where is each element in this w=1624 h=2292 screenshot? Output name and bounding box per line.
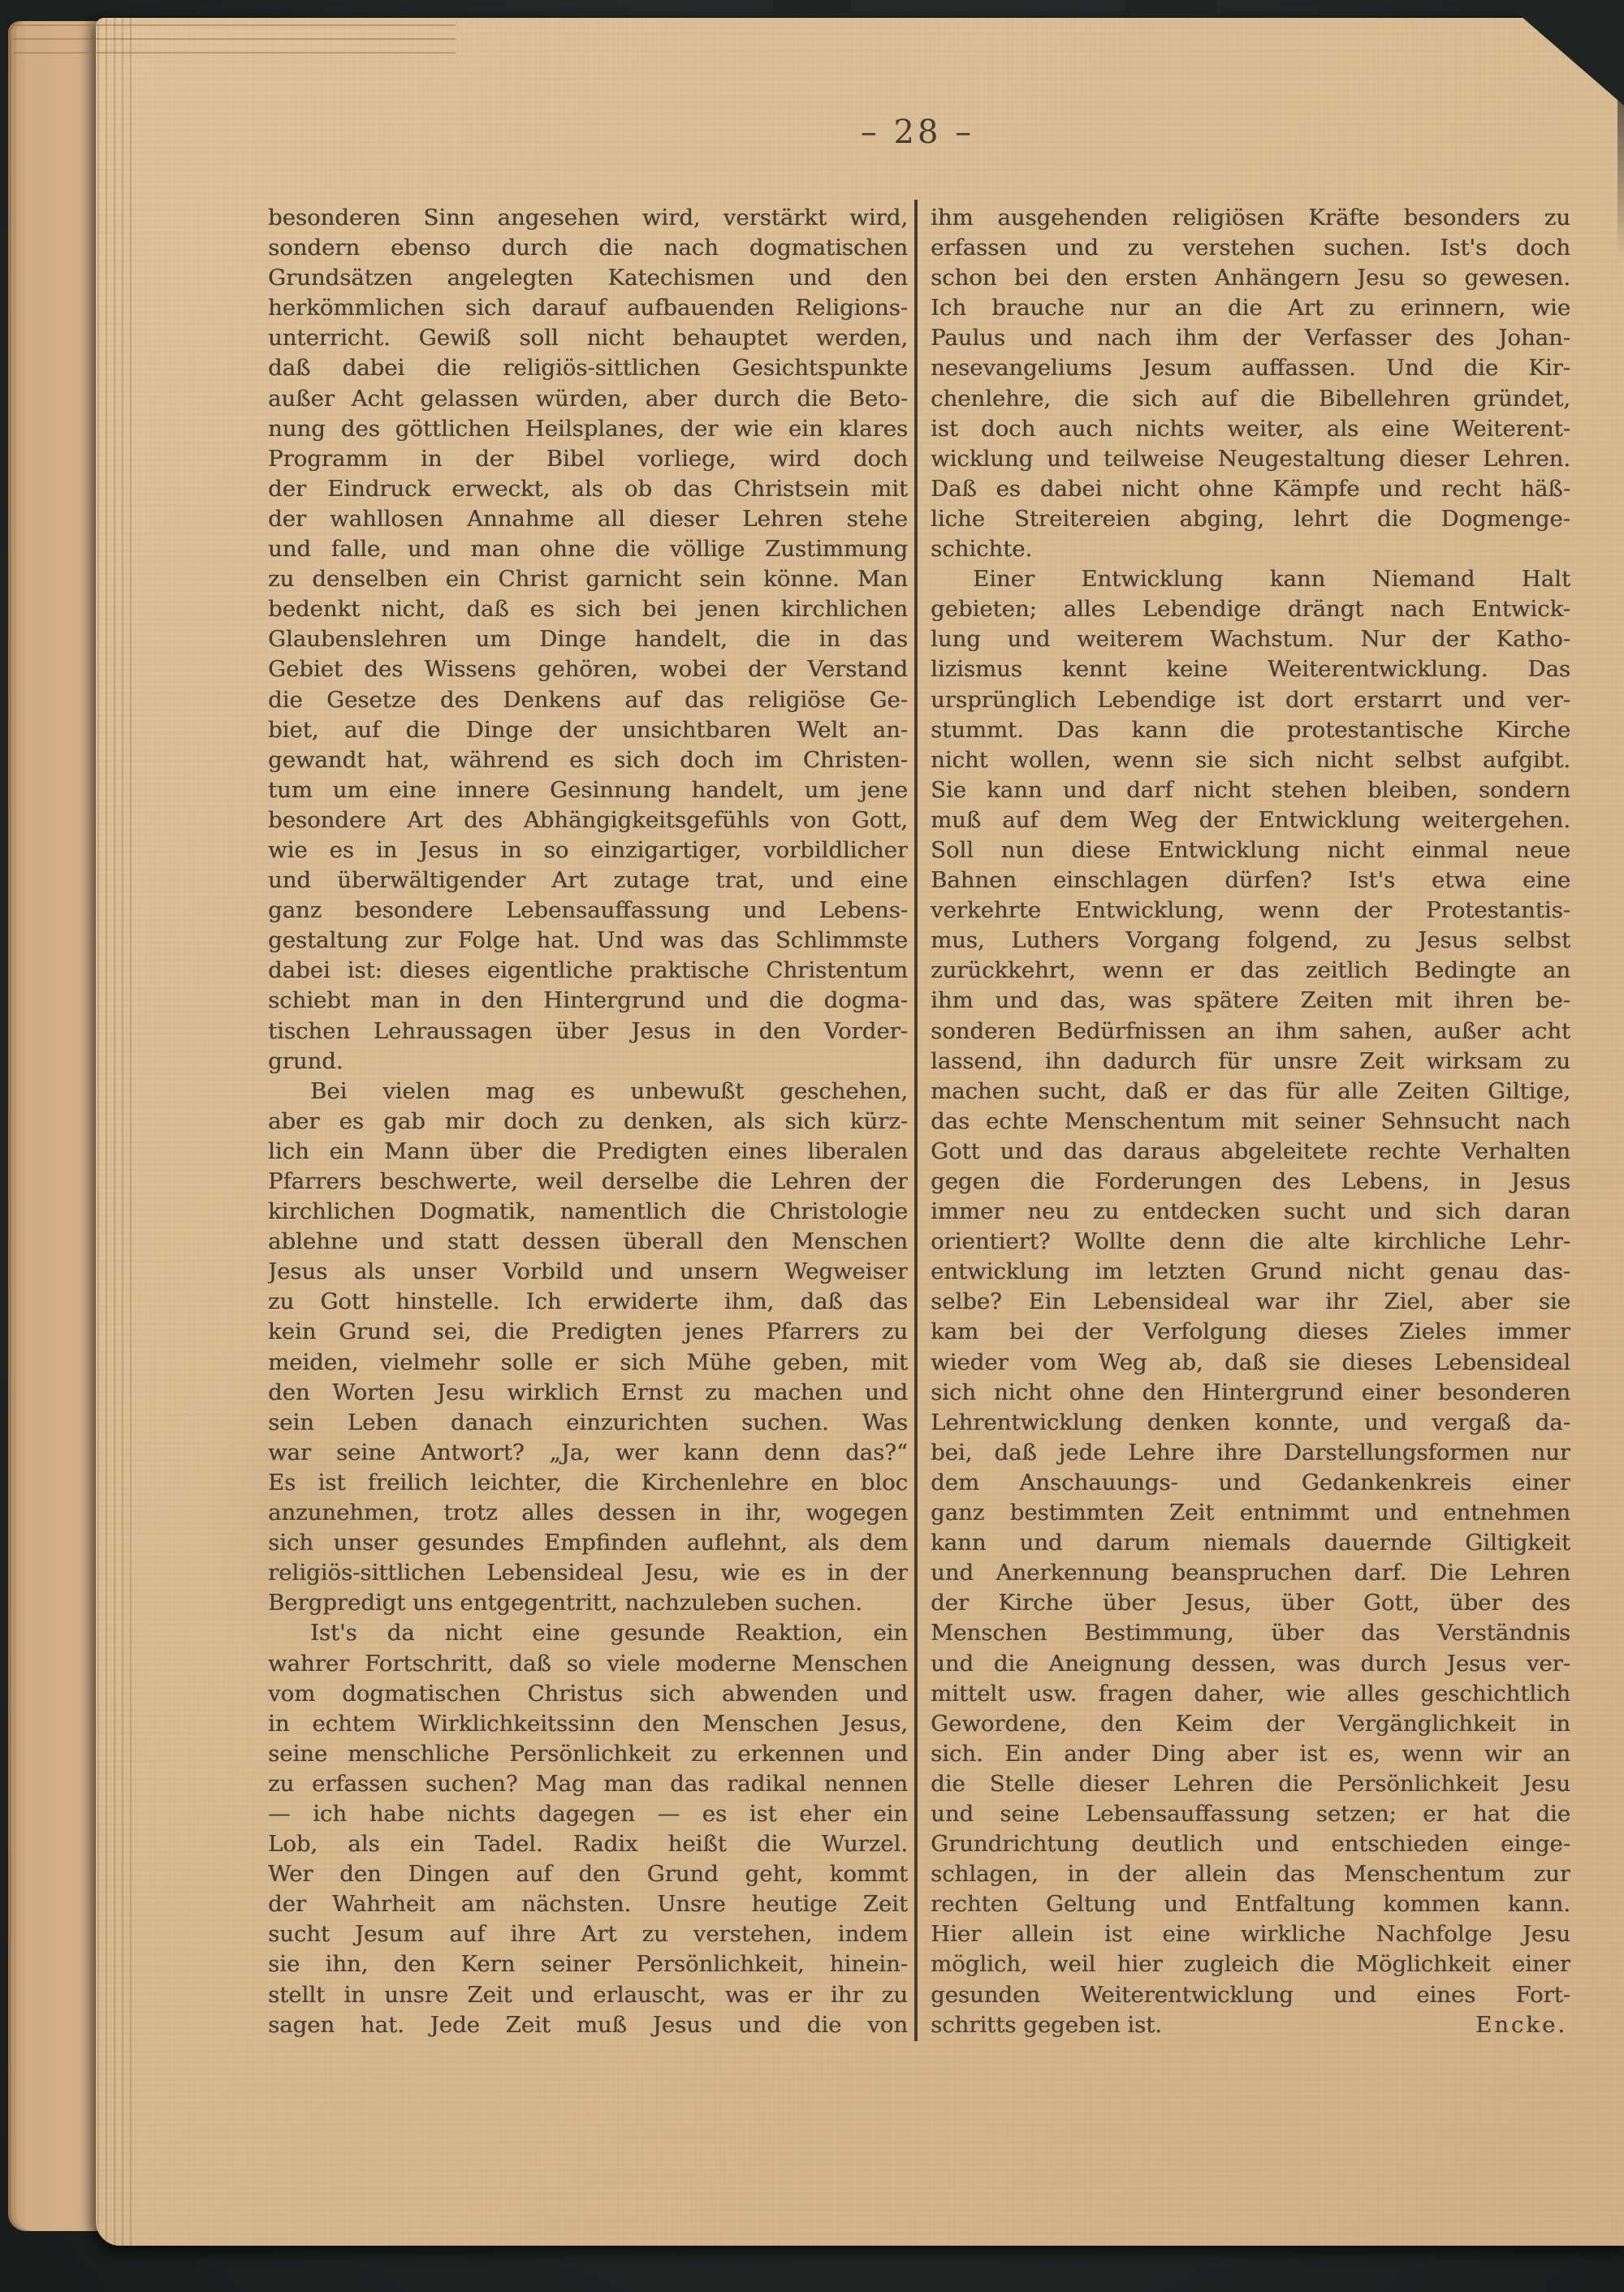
text-line: mittelt usw. fragen daher, wie alles ges… — [931, 1679, 1570, 1709]
text-line: der Kirche über Jesus, über Gott, über d… — [931, 1588, 1570, 1618]
text-line: Pfarrers beschwerte, weil derselbe die L… — [268, 1167, 908, 1197]
text-line: Gewordene, den Keim der Vergänglichkeit … — [931, 1709, 1570, 1739]
page-stack-left-edge — [8, 21, 102, 2231]
text-line: schon bei den ersten Anhängern Jesu so g… — [931, 263, 1570, 293]
text-line: sich unser gesundes Empfinden auflehnt, … — [268, 1528, 908, 1558]
text-line: kirchlichen Dogmatik, namentlich die Chr… — [268, 1197, 908, 1227]
text-line: wahrer Fortschritt, daß so viele moderne… — [268, 1649, 908, 1679]
text-line: in echtem Wirklichkeitssinn den Menschen… — [268, 1709, 908, 1739]
text-line: Gott und das daraus abgeleitete rechte V… — [931, 1137, 1570, 1167]
text-line: tischen Lehraussagen über Jesus in den V… — [268, 1017, 908, 1047]
text-line: zurückkehrt, wenn er das zeitlich Beding… — [931, 956, 1570, 986]
text-line: — ich habe nichts dagegen — es ist eher … — [268, 1799, 908, 1829]
text-line: Soll nun diese Entwicklung nicht einmal … — [931, 835, 1570, 865]
text-line: zu erfassen suchen? Mag man das radikal … — [268, 1769, 908, 1799]
text-line: immer neu zu entdecken sucht und sich da… — [931, 1197, 1570, 1227]
text-line: möglich, weil hier zugleich die Möglichk… — [931, 1949, 1570, 1979]
text-line: gegen die Forderungen des Lebens, in Jes… — [931, 1167, 1570, 1197]
text-line: Menschen Bestimmung, über das Verständni… — [931, 1618, 1570, 1648]
text-line: meiden, vielmehr solle er sich Mühe gebe… — [268, 1348, 908, 1378]
text-line: ihm und das, was spätere Zeiten mit ihre… — [931, 986, 1570, 1016]
text-line: Gebiet des Wissens gehören, wobei der Ve… — [268, 654, 908, 684]
text-line: außer Acht gelassen würden, aber durch d… — [268, 384, 908, 414]
text-line: gestaltung zur Folge hat. Und was das Sc… — [268, 926, 908, 956]
text-line: Hier allein ist eine wirkliche Nachfolge… — [931, 1919, 1570, 1949]
text-line: vom dogmatischen Christus sich abwenden … — [268, 1679, 908, 1709]
text-line: tum um eine innere Gesinnung handelt, um… — [268, 775, 908, 805]
text-line: war seine Antwort? „Ja, wer kann denn da… — [268, 1438, 908, 1468]
text-line: Jesus als unser Vorbild und unsern Wegwe… — [268, 1257, 908, 1287]
column-divider-rule — [914, 200, 918, 2041]
text-line: Wer den Dingen auf den Grund geht, kommt — [268, 1859, 908, 1889]
text-line: unterricht. Gewiß soll nicht behauptet w… — [268, 323, 908, 353]
text-line: wieder vom Weg ab, daß sie dieses Lebens… — [931, 1348, 1570, 1378]
text-line: Lehrentwicklung denken konnte, und verga… — [931, 1408, 1570, 1438]
text-line: die Stelle dieser Lehren die Persönlichk… — [931, 1769, 1570, 1799]
text-line: entwicklung im letzten Grund nicht genau… — [931, 1257, 1570, 1287]
text-line: ganz bestimmten Zeit entnimmt und entneh… — [931, 1498, 1570, 1528]
text-line: Programm in der Bibel vorliege, wird doc… — [268, 444, 908, 474]
text-line: orientiert? Wollte denn die alte kirchli… — [931, 1227, 1570, 1257]
text-line: stellt in unsre Zeit und erlauscht, was … — [268, 1980, 908, 2010]
text-line: und seine Lebensauffassung setzen; er ha… — [931, 1799, 1570, 1829]
text-line: Bei vielen mag es unbewußt geschehen, — [268, 1077, 908, 1107]
text-line: lich ein Mann über die Predigten eines l… — [268, 1137, 908, 1167]
text-line: chenlehre, die sich auf die Bibellehren … — [931, 384, 1570, 414]
page-top-notch — [1125, 0, 1216, 16]
text-line: den Worten Jesu wirklich Ernst zu machen… — [268, 1378, 908, 1408]
page-top-notch — [773, 0, 851, 12]
text-line: gewandt hat, während es sich doch im Chr… — [268, 745, 908, 775]
text-line: Grundsätzen angelegten Katechismen und d… — [268, 263, 908, 293]
text-line: stummt. Das kann die protestantische Kir… — [931, 715, 1570, 745]
text-line: Bahnen einschlagen dürfen? Ist's etwa ei… — [931, 865, 1570, 896]
text-line: Es ist freilich leichter, die Kirchenleh… — [268, 1468, 908, 1498]
text-line: religiös-sittlichen Lebensideal Jesu, wi… — [268, 1558, 908, 1588]
text-line: sagen hat. Jede Zeit muß Jesus und die v… — [268, 2010, 908, 2040]
text-line: die Gesetze des Denkens auf das religiös… — [268, 685, 908, 715]
text-line: und die Aneignung dessen, was durch Jesu… — [931, 1649, 1570, 1679]
text-line: nicht wollen, wenn sie sich nicht selbst… — [931, 745, 1570, 775]
text-line: ihm ausgehenden religiösen Kräfte besond… — [931, 203, 1570, 233]
text-line: wicklung und teilweise Neugestaltung die… — [931, 444, 1570, 474]
text-line: grund. — [268, 1047, 908, 1077]
text-line: Lob, als ein Tadel. Radix heißt die Wurz… — [268, 1829, 908, 1859]
text-column-right: ihm ausgehenden religiösen Kräfte besond… — [931, 203, 1570, 2040]
author-signature: Encke. — [1475, 2010, 1567, 2040]
text-line: Sie kann und darf nicht stehen bleiben, … — [931, 775, 1570, 805]
text-line: lizismus kennt keine Weiterentwicklung. … — [931, 654, 1570, 684]
text-line: besondere Art des Abhängigkeitsgefühls v… — [268, 805, 908, 835]
text-line: und überwältigender Art zutage trat, und… — [268, 865, 908, 896]
text-line: sie ihn, den Kern seiner Persönlichkeit,… — [268, 1949, 908, 1979]
text-line: kein Grund sei, die Predigten jenes Pfar… — [268, 1317, 908, 1347]
text-line: sondern ebenso durch die nach dogmatisch… — [268, 233, 908, 263]
text-line: biet, auf die Dinge der unsichtbaren Wel… — [268, 715, 908, 745]
text-line: Bergpredigt uns entgegentritt, nachzuleb… — [268, 1588, 908, 1618]
text-line: Ich brauche nur an die Art zu erinnern, … — [931, 293, 1570, 323]
text-line-fragment: schritts gegeben ist. — [931, 2010, 1162, 2040]
text-line: wie es in Jesus in so einzigartiger, vor… — [268, 835, 908, 865]
text-line: anzunehmen, trotz alles dessen in ihr, w… — [268, 1498, 908, 1528]
text-line: der wahllosen Annahme all dieser Lehren … — [268, 504, 908, 534]
text-line: kam bei der Verfolgung dieses Zieles imm… — [931, 1317, 1570, 1347]
text-line: aber es gab mir doch zu denken, als sich… — [268, 1107, 908, 1137]
text-line: liche Streitereien abging, lehrt die Dog… — [931, 504, 1570, 534]
text-line: gesunden Weiterentwicklung und eines For… — [931, 1980, 1570, 2010]
text-line: schichte. — [931, 534, 1570, 564]
text-line: kann und darum niemals dauernde Giltigke… — [931, 1528, 1570, 1558]
text-line: sich. Ein ander Ding aber ist es, wenn w… — [931, 1739, 1570, 1769]
text-line: schiebt man in den Hintergrund und die d… — [268, 986, 908, 1016]
text-line: verkehrte Entwicklung, wenn der Protesta… — [931, 896, 1570, 926]
text-line: der Wahrheit am nächsten. Unsre heutige … — [268, 1889, 908, 1919]
page-stack-top-edge — [13, 24, 456, 62]
photo-edge-shadow — [1618, 0, 1624, 260]
text-line: dem Anschauungs- und Gedankenkreis einer — [931, 1468, 1570, 1498]
text-line: machen sucht, daß er das für alle Zeiten… — [931, 1077, 1570, 1107]
text-line: schritts gegeben ist.Encke. — [931, 2010, 1570, 2040]
text-column-left: besonderen Sinn angesehen wird, verstärk… — [268, 203, 908, 2040]
text-line: ist doch auch nichts weiter, als eine We… — [931, 414, 1570, 444]
text-line: Ist's da nicht eine gesunde Reaktion, ei… — [268, 1618, 908, 1648]
text-line: rechten Geltung und Entfaltung kommen ka… — [931, 1889, 1570, 1919]
text-line: lassend, ihn dadurch für unsre Zeit wirk… — [931, 1047, 1570, 1077]
text-line: herkömmlichen sich darauf aufbauenden Re… — [268, 293, 908, 323]
text-line: Grundrichtung deutlich und entschieden e… — [931, 1829, 1570, 1859]
text-line: nesevangeliums Jesum auffassen. Und die … — [931, 353, 1570, 383]
page-edge-lines — [97, 18, 132, 2246]
text-line: sein Leben danach einzurichten suchen. W… — [268, 1408, 908, 1438]
text-line: schlagen, in der allein das Menschentum … — [931, 1859, 1570, 1889]
text-line: der Eindruck erweckt, als ob das Christs… — [268, 474, 908, 504]
text-line: bei, daß jede Lehre ihre Darstellungsfor… — [931, 1438, 1570, 1468]
text-line: dabei ist: dieses eigentliche praktische… — [268, 956, 908, 986]
text-line: sich nicht ohne den Hintergrund einer be… — [931, 1378, 1570, 1408]
text-line: mus, Luthers Vorgang folgend, zu Jesus s… — [931, 926, 1570, 956]
text-line: zu Gott hinstelle. Ich erwiderte ihm, da… — [268, 1287, 908, 1317]
text-line: selbe? Ein Lebensideal war ihr Ziel, abe… — [931, 1287, 1570, 1317]
text-line: Paulus und nach ihm der Verfasser des Jo… — [931, 323, 1570, 353]
text-line: und Anerkennung beanspruchen darf. Die L… — [931, 1558, 1570, 1588]
text-line: erfassen und zu verstehen suchen. Ist's … — [931, 233, 1570, 263]
text-line: sonderen Bedürfnissen an ihm sahen, auße… — [931, 1017, 1570, 1047]
text-line: muß auf dem Weg der Entwicklung weiterge… — [931, 805, 1570, 835]
text-line: Daß es dabei nicht ohne Kämpfe und recht… — [931, 474, 1570, 504]
text-line: nung des göttlichen Heilsplanes, der wie… — [268, 414, 908, 444]
text-line: Glaubenslehren um Dinge handelt, die in … — [268, 624, 908, 654]
text-line: Einer Entwicklung kann Niemand Halt — [931, 564, 1570, 594]
page-number-header: – 28 – — [268, 114, 1567, 151]
text-line: besonderen Sinn angesehen wird, verstärk… — [268, 203, 908, 233]
text-line: seine menschliche Persönlichkeit zu erke… — [268, 1739, 908, 1769]
text-line: sucht Jesum auf ihre Art zu verstehen, i… — [268, 1919, 908, 1949]
text-line: lung und weiterem Wachstum. Nur der Kath… — [931, 624, 1570, 654]
text-line: bedenkt nicht, daß es sich bei jenen kir… — [268, 594, 908, 624]
text-line: gebieten; alles Lebendige drängt nach En… — [931, 594, 1570, 624]
text-line: und falle, und man ohne die völlige Zust… — [268, 534, 908, 564]
text-line: das echte Menschentum mit seiner Sehnsuc… — [931, 1107, 1570, 1137]
text-line: ablehne und statt dessen überall den Men… — [268, 1227, 908, 1257]
text-line: zu denselben ein Christ garnicht sein kö… — [268, 564, 908, 594]
text-line: ursprünglich Lebendige ist dort erstarrt… — [931, 685, 1570, 715]
text-line: daß dabei die religiös-sittlichen Gesich… — [268, 353, 908, 383]
text-line: ganz besondere Lebensauffassung und Lebe… — [268, 896, 908, 926]
